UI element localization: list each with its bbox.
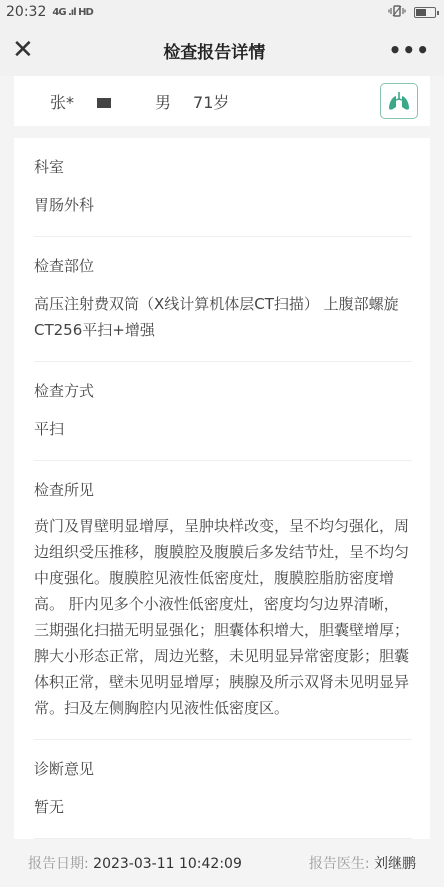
section-label: 科室 [34, 156, 412, 178]
report-date: 报告日期: 2023-03-11 10:42:09 [28, 853, 242, 873]
patient-name: 张* [50, 90, 133, 113]
vibrate-icon [388, 4, 406, 21]
section-value: 高压注射费双筒（X线计算机体层CT扫描） 上腹部螺旋CT256平扫+增强 [34, 291, 412, 343]
section-label: 检查所见 [34, 479, 412, 501]
status-bar: 20:32 4G .ıl HD [0, 0, 444, 24]
battery-icon [414, 7, 436, 18]
section-findings: 检查所见 贲门及胃壁明显增厚，呈肿块样改变，呈不均匀强化，周边组织受压推移，腹膜… [34, 461, 412, 740]
report-date-label: 报告日期: [28, 856, 89, 872]
patient-card: 张* 男 71岁 [14, 76, 430, 126]
section-label: 诊断意见 [34, 758, 412, 780]
page-title: 检查报告详情 [163, 38, 265, 63]
section-diagnosis: 诊断意见 暂无 [34, 740, 412, 839]
nav-bar: ✕ 检查报告详情 ••• [0, 24, 444, 76]
lungs-icon [387, 91, 411, 111]
lungs-button[interactable] [380, 83, 418, 119]
report-doctor: 报告医生: 刘继鹏 [309, 853, 416, 873]
report-footer: 报告日期: 2023-03-11 10:42:09 报告医生: 刘继鹏 [14, 848, 430, 878]
more-icon[interactable]: ••• [389, 38, 430, 62]
section-label: 检查方式 [34, 380, 412, 402]
name-redaction [97, 98, 111, 108]
section-value: 暂无 [34, 794, 412, 820]
section-value: 平扫 [34, 416, 412, 442]
report-doctor-value: 刘继鹏 [374, 856, 416, 872]
patient-age: 71岁 [193, 90, 229, 113]
section-label: 检查部位 [34, 255, 412, 277]
section-value: 胃肠外科 [34, 192, 412, 218]
status-time: 20:32 [6, 4, 46, 20]
section-department: 科室 胃肠外科 [34, 138, 412, 237]
section-exam-method: 检查方式 平扫 [34, 362, 412, 461]
close-icon[interactable]: ✕ [12, 37, 40, 63]
content: 张* 男 71岁 科室 胃肠外科 检查部位 高压注射费双筒（X线计算机体层CT扫… [0, 76, 444, 839]
section-value: 贲门及胃壁明显增厚，呈肿块样改变，呈不均匀强化，周边组织受压推移，腹膜腔及腹膜后… [34, 513, 412, 721]
signal-icon: 4G .ıl HD [52, 7, 92, 18]
report-doctor-label: 报告医生: [309, 856, 370, 872]
report-date-value: 2023-03-11 10:42:09 [93, 856, 242, 872]
section-exam-site: 检查部位 高压注射费双筒（X线计算机体层CT扫描） 上腹部螺旋CT256平扫+增… [34, 237, 412, 362]
patient-gender: 男 [155, 90, 171, 113]
report-detail-card: 科室 胃肠外科 检查部位 高压注射费双筒（X线计算机体层CT扫描） 上腹部螺旋C… [14, 138, 430, 839]
